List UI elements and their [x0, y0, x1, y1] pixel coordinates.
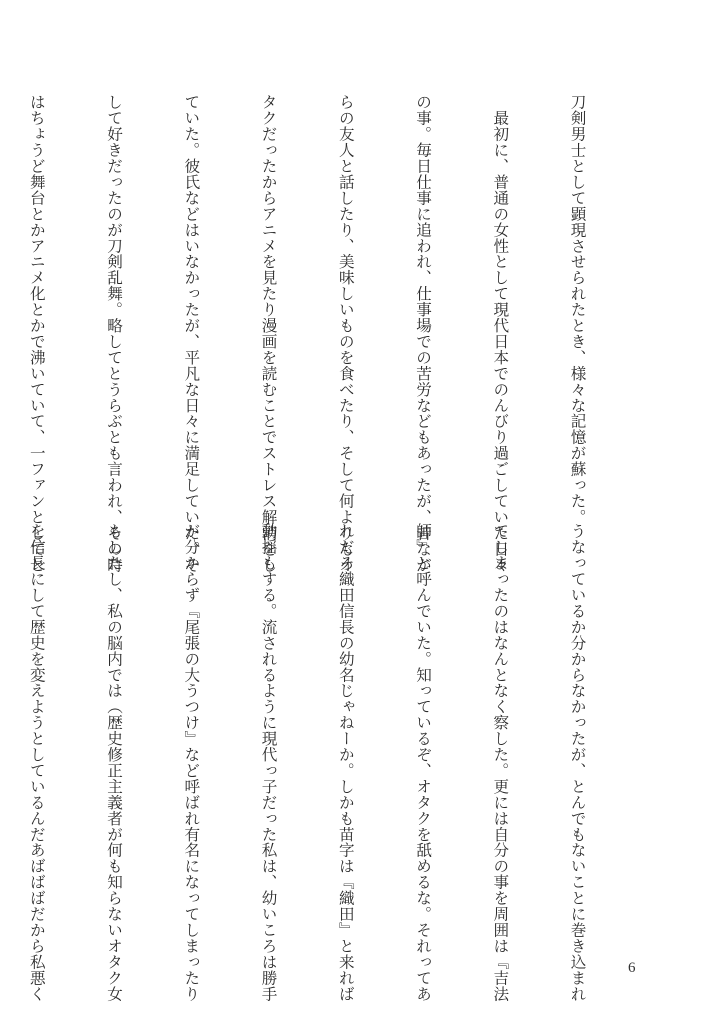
text-line: れだろ織田信長の幼名じゃねーか。しかも苗字は『織田』と来れば — [332, 523, 358, 943]
text-block-top: 刀剣男士として顕現させられたとき、様々な記憶が蘇った。 最初に、普通の女性として… — [96, 94, 641, 504]
text-line: の事。毎日仕事に追われ、仕事場での苦労などもあったが、昔なが — [409, 94, 435, 504]
text-line: タクだったからアニメを見たり漫画を読むことでストレス解消をし — [255, 94, 281, 504]
text-line: うなっているか分からなかったが、とんでもないことに巻き込まれ — [564, 523, 590, 943]
text-line: 師』と呼んでいた。知っているぞ、オタクを舐めるな。それってあ — [409, 523, 435, 943]
text-line: らの友人と話したり、美味しいものを食べたり、そして何よりもオ — [332, 94, 358, 504]
page-number: 6 — [628, 960, 636, 977]
text-line: ていた。彼氏などはいなかったが、平凡な日々に満足していた。そ — [178, 94, 204, 504]
text-line: 動揺もする。流されるように現代っ子だった私は、幼いころは勝手 — [255, 523, 281, 943]
text-line: を信長にして歴史を変えようとしているんだあばばばだから私悪く — [23, 523, 49, 943]
text-line: が分からず『尾張の大うつけ』など呼ばれ有名になってしまったり — [178, 523, 204, 943]
text-line: して好きだったのが刀剣乱舞。略してとうらぶとも言われ、その時 — [100, 94, 126, 504]
text-line: てしまったのはなんとなく察した。更には自分の事を周囲は『吉法 — [487, 523, 513, 943]
chapter-opening-line: 刀剣男士として顕現させられたとき、様々な記憶が蘇った。 — [564, 94, 590, 504]
text-line: もしたし、私の脳内では（歴史修正主義者が何も知らないオタク女 — [100, 523, 126, 943]
text-line: 最初に、普通の女性として現代日本でのんびり過ごしていた日々 — [487, 94, 513, 504]
novel-page: 刀剣男士として顕現させられたとき、様々な記憶が蘇った。 最初に、普通の女性として… — [0, 0, 722, 1024]
text-line: はちょうど舞台とかアニメ化とかで沸いていて、一ファンとしてと — [23, 94, 49, 504]
text-block-bottom: うなっているか分からなかったが、とんでもないことに巻き込まれ てしまったのはなん… — [71, 523, 641, 943]
